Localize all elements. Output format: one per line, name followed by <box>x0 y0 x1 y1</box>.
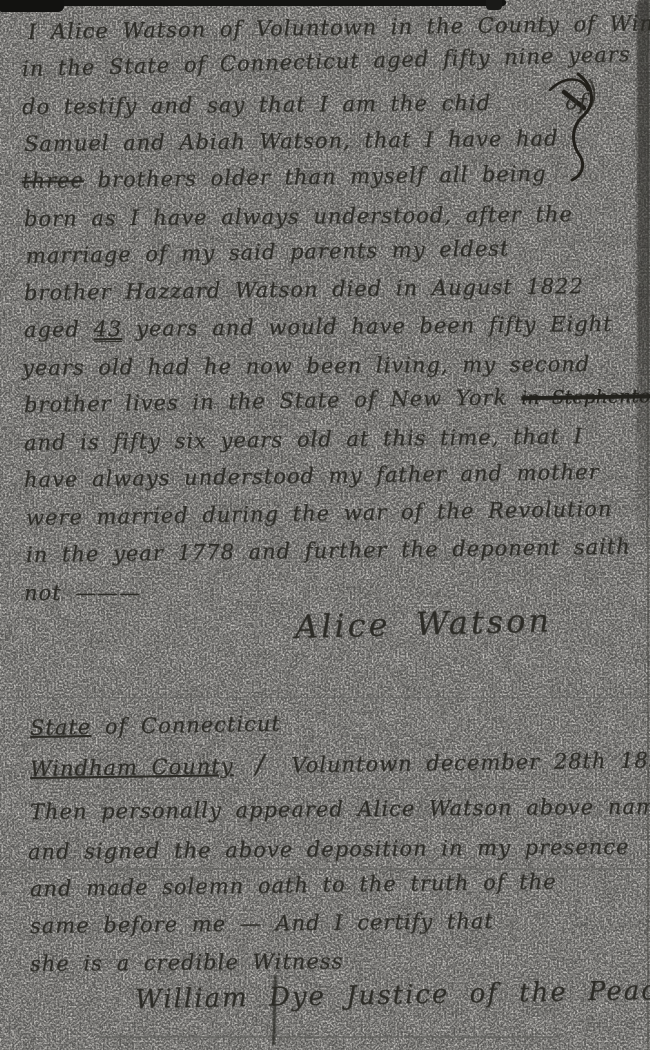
jurat-line-5: she is a credible Witness <box>30 949 343 976</box>
deposition-line-3-text: do testify and say that I am the chid <box>22 91 491 119</box>
jurat-state-word: State <box>30 715 92 740</box>
scan-artifact-top-band <box>0 0 506 6</box>
bottom-partial-line <box>95 1036 560 1038</box>
jurat-line-1: Then personally appeared Alice Watson ab… <box>30 794 650 824</box>
deposition-line-6: born as I have always understood, after … <box>24 202 573 231</box>
deposition-line-5: three brothers older than myself all bei… <box>22 162 547 193</box>
deposition-line-14: were married during the war of the Revol… <box>26 497 613 530</box>
deposition-line-11: brother lives in the State of New Yorkin… <box>24 383 650 417</box>
deposition-line-9: aged 43 years and would have been fifty … <box>24 312 613 342</box>
deposition-line-15: in the year 1778 and further the deponen… <box>26 535 631 567</box>
crossed-word-three: three <box>22 168 84 193</box>
deposition-line-16: not ——— <box>24 581 141 605</box>
deposition-line-9-pre: aged <box>24 317 80 342</box>
deposition-line-4: Samuel and Abiah Watson, that I have had <box>24 126 559 156</box>
deposition-line-3-of: of <box>565 90 588 114</box>
jurat-state-rest: of Connecticut <box>105 712 281 739</box>
deposition-line-7: marriage of my said parents my eldest <box>26 236 510 268</box>
deposition-line-9-post: years and would have been fifty Eight <box>136 312 613 341</box>
jurat-county-line: Windham County/Voluntown december 28th 1… <box>30 744 650 783</box>
scan-artifact-top-nub <box>486 0 502 10</box>
jurat-state-line: State of Connecticut <box>30 712 281 740</box>
deposition-line-5-rest: brothers older than myself all being <box>97 162 546 192</box>
deposition-line-10: years old had he now been living, my sec… <box>22 352 590 380</box>
jurat-brace: / <box>255 750 265 780</box>
section-divider-line <box>0 697 650 698</box>
scan-artifact-right-edge <box>647 0 649 1050</box>
jurat-line-3: and made solemn oath to the truth of the <box>30 870 557 901</box>
jurat-line-2: and signed the above deposition in my pr… <box>28 835 630 864</box>
scan-artifact-top-left-blob <box>0 0 64 12</box>
deposition-line-1: I Alice Watson of Voluntown in the Count… <box>28 10 650 44</box>
deposition-line-12: and is fifty six years old at this time,… <box>24 424 583 455</box>
document-page: I Alice Watson of Voluntown in the Count… <box>0 0 650 1050</box>
crossed-out-word: in Stephentown <box>521 385 650 409</box>
section-divider-line <box>55 788 650 789</box>
jurat-county-name: Windham County <box>30 754 234 781</box>
deposition-line-11-text: brother lives in the State of New York <box>24 385 508 417</box>
ruled-line <box>0 455 650 456</box>
underlined-age-43: 43 <box>93 317 122 342</box>
deposition-line-13: have always understood my father and mot… <box>24 460 600 492</box>
deposition-line-8: brother Hazzard Watson died in August 18… <box>24 274 584 305</box>
jurat-place-date: Voluntown december 28th 1836 <box>291 748 650 777</box>
officer-signature: William Dye Justice of the Peace <box>135 976 650 1015</box>
deponent-signature: Alice Watson <box>295 601 553 646</box>
jurat-line-4: same before me — And I certify that <box>30 909 494 938</box>
deposition-line-2: in the State of Connecticut aged fifty n… <box>22 42 631 81</box>
deposition-line-3: do testify and say that I am the chidof <box>22 90 588 119</box>
